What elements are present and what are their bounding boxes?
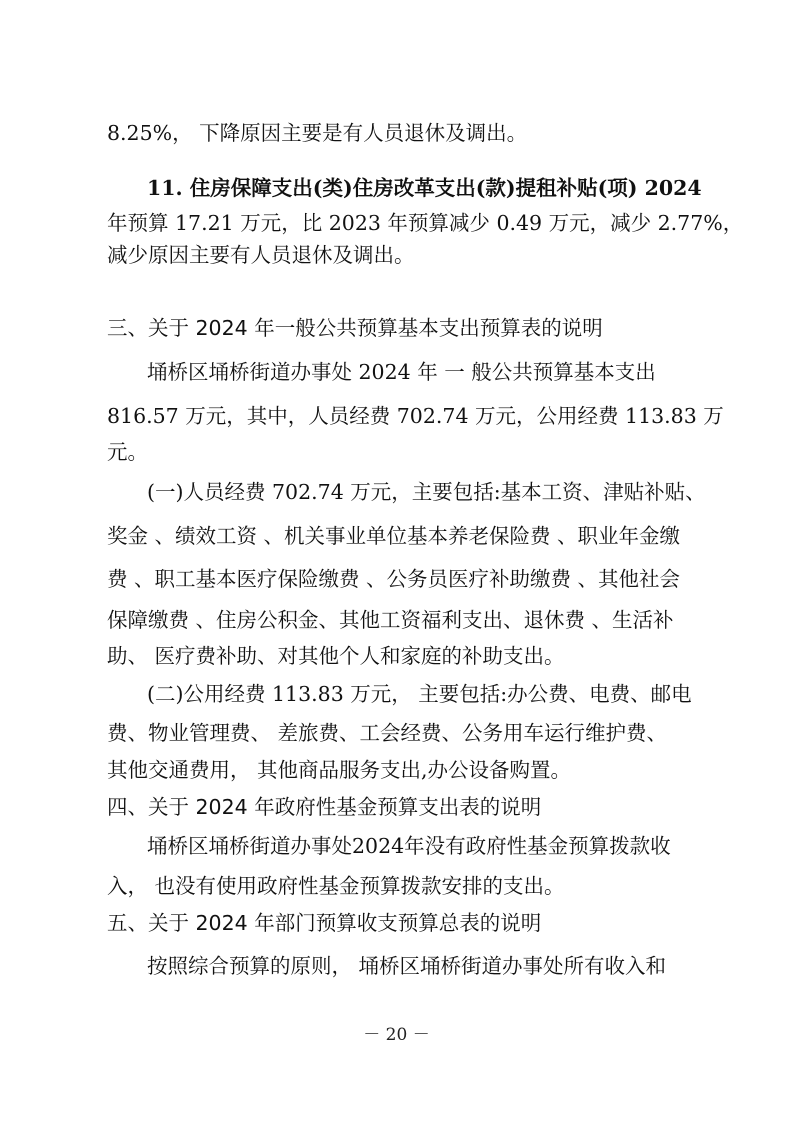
paragraph-line: 其他交通费用， 其他商品服务支出,办公设备购置。 bbox=[107, 756, 571, 784]
section-heading-3: 三、关于 2024 年一般公共预算基本支出预算表的说明 bbox=[107, 314, 603, 342]
paragraph-line: 费 、职工基本医疗保险缴费 、公务员医疗补助缴费 、其他社会 bbox=[107, 565, 680, 593]
paragraph-line: 年预算 17.21 万元，比 2023 年预算减少 0.49 万元，减少 2.7… bbox=[107, 209, 743, 237]
paragraph-line: 8.25%， 下降原因主要是有人员退休及调出。 bbox=[107, 119, 527, 147]
paragraph-line: 埇桥区埇桥街道办事处2024年没有政府性基金预算拨款收 bbox=[147, 832, 671, 860]
section-heading-4: 四、关于 2024 年政府性基金预算支出表的说明 bbox=[107, 793, 541, 821]
paragraph-line: 埇桥区埇桥街道办事处 2024 年 一 般公共预算基本支出 bbox=[147, 358, 656, 386]
paragraph-line: (一)人员经费 702.74 万元，主要包括:基本工资、津贴补贴、 bbox=[147, 478, 706, 506]
paragraph-line: 按照综合预算的原则， 埇桥区埇桥街道办事处所有收入和 bbox=[147, 952, 666, 980]
paragraph-line: 元。 bbox=[107, 438, 148, 466]
page-number: － 20 － bbox=[0, 1020, 793, 1045]
paragraph-line: 816.57 万元，其中，人员经费 702.74 万元，公用经费 113.83 … bbox=[107, 402, 724, 430]
paragraph-line: 减少原因主要有人员退休及调出。 bbox=[107, 241, 415, 269]
paragraph-line: 奖金 、绩效工资 、机关事业单位基本养老保险费 、职业年金缴 bbox=[107, 522, 680, 550]
section-heading-11: 11. 住房保障支出(类)住房改革支出(款)提租补贴(项) 2024 bbox=[147, 174, 702, 202]
paragraph-line: 助、 医疗费补助、对其他个人和家庭的补助支出。 bbox=[107, 642, 565, 670]
section-heading-5: 五、关于 2024 年部门预算收支预算总表的说明 bbox=[107, 909, 541, 937]
paragraph-line: (二)公用经费 113.83 万元， 主要包括:办公费、电费、邮电 bbox=[147, 680, 692, 708]
paragraph-line: 保障缴费 、住房公积金、其他工资福利支出、退休费 、生活补 bbox=[107, 606, 674, 634]
paragraph-line: 费、物业管理费、 差旅费、工会经费、公务用车运行维护费、 bbox=[107, 719, 667, 747]
paragraph-line: 入， 也没有使用政府性基金预算拨款安排的支出。 bbox=[107, 872, 565, 900]
